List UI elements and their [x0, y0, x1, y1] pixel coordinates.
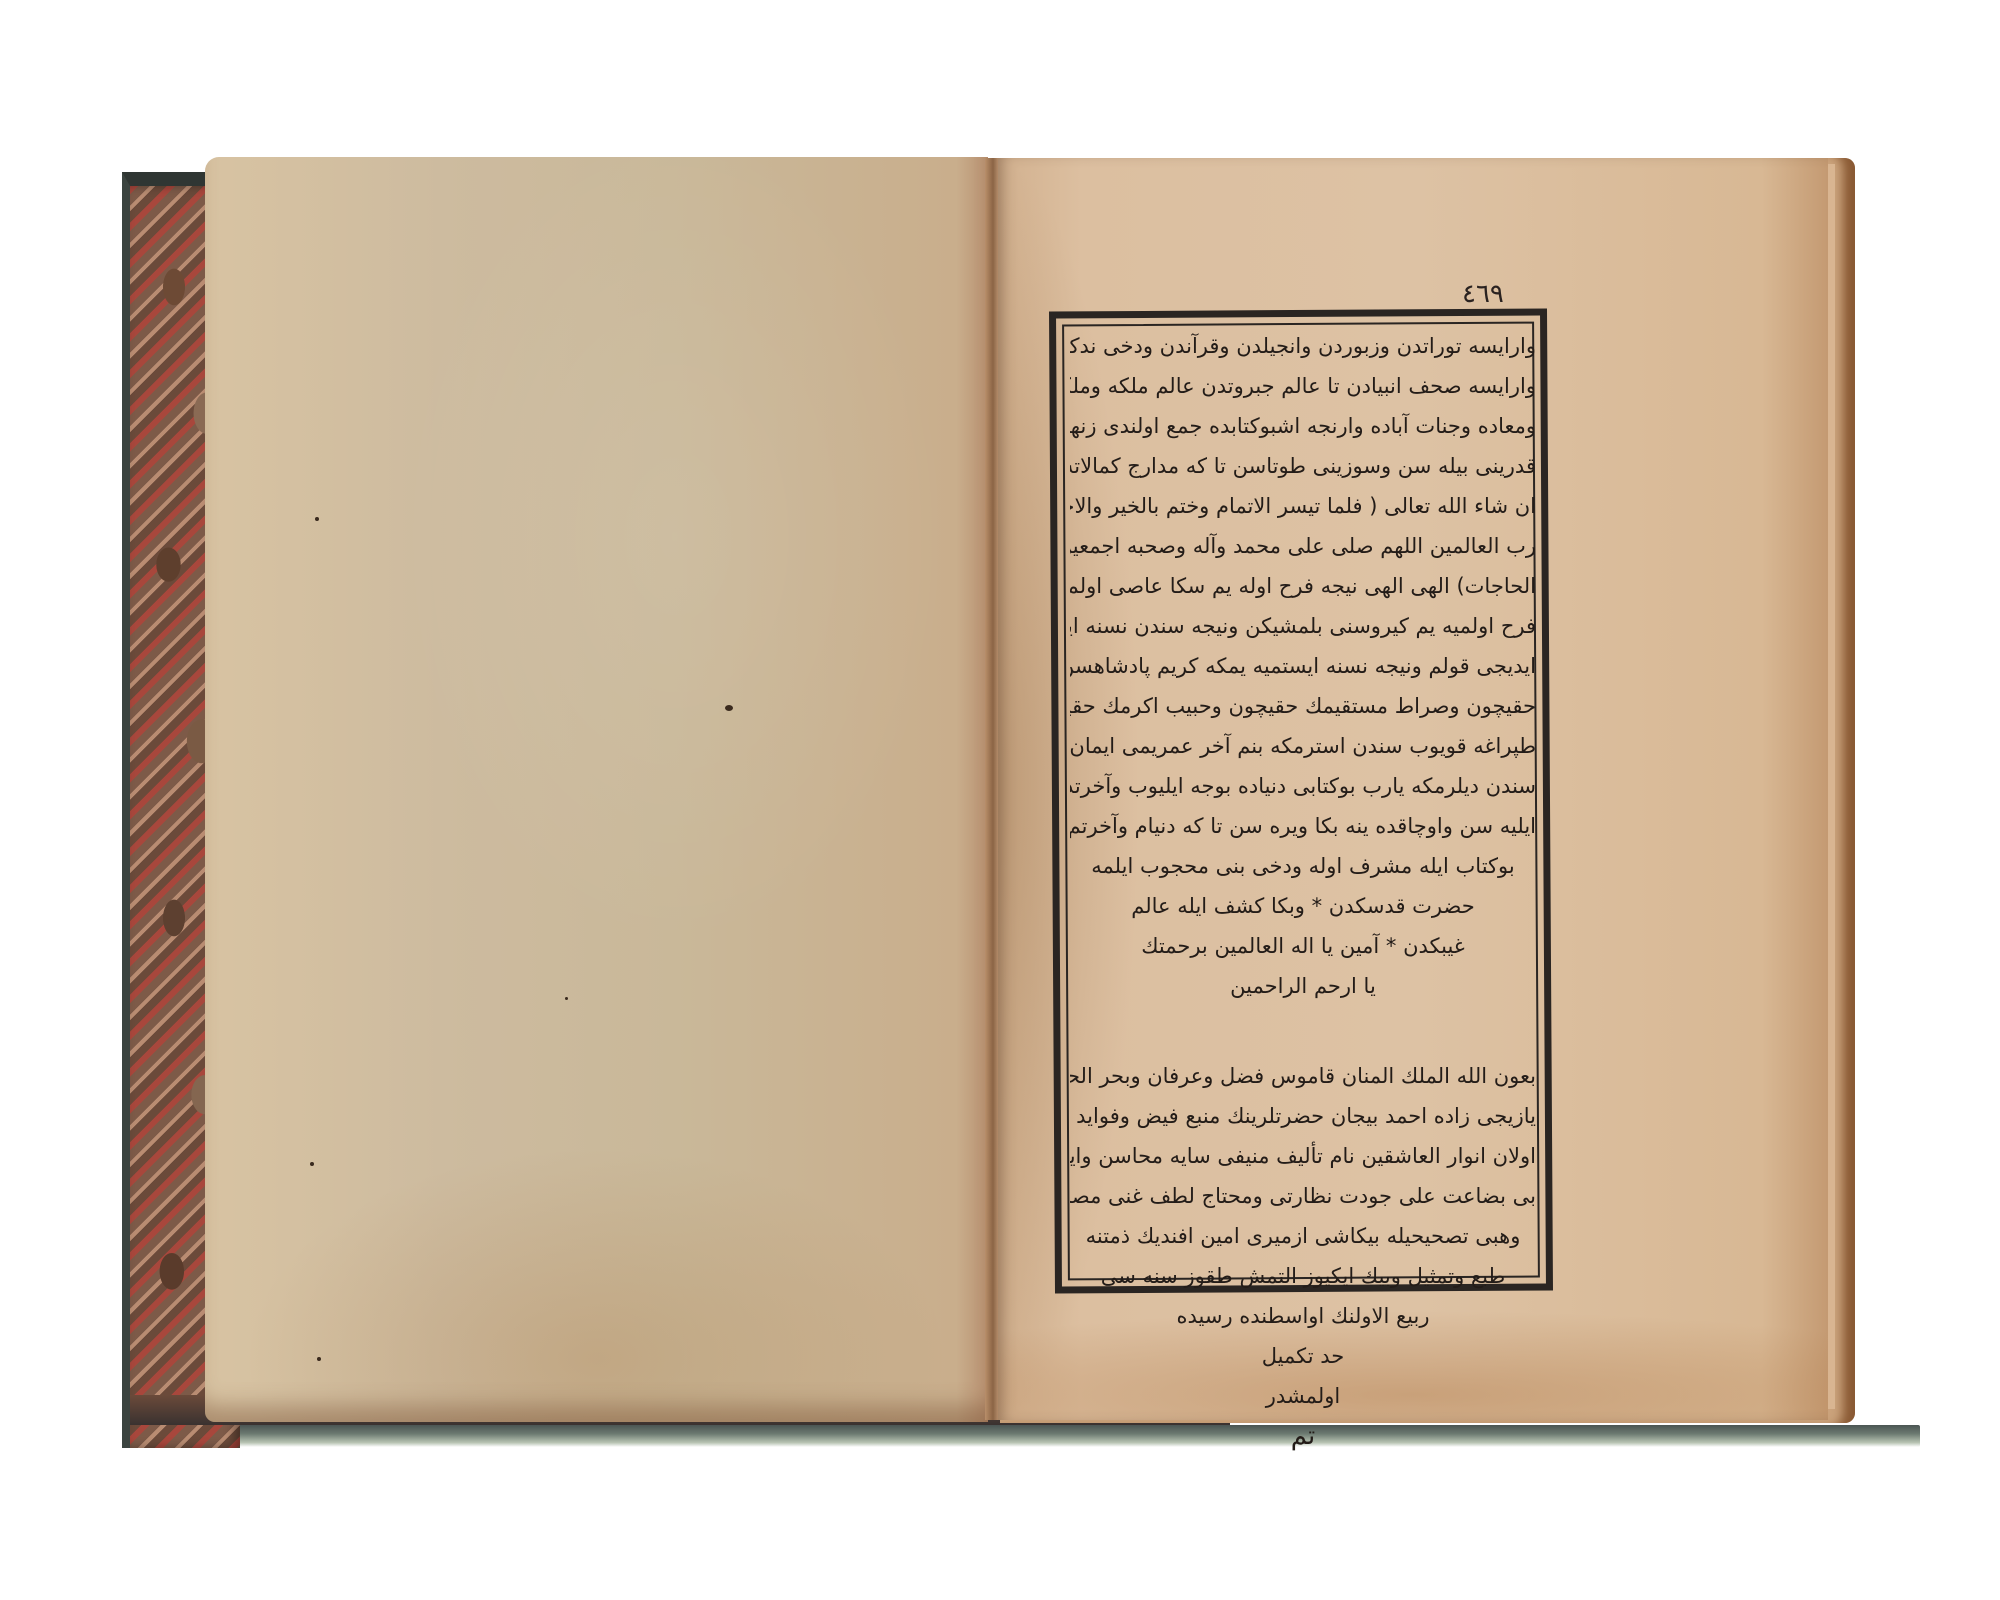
foxing-spot — [315, 517, 319, 521]
page-number: ٤٦٩ — [1462, 279, 1504, 309]
text-line: ايديجى قولم ونيجه نسنه ايستميه يمكه كريم… — [1070, 646, 1536, 686]
text-line: قدرينى بيله سن وسوزينى طوتاسن تا كه مدار… — [1070, 446, 1536, 486]
foxing-spot — [725, 705, 733, 711]
text-line: طپراغه قويوب سندن استرمكه بنم آخر عمريمى… — [1070, 726, 1536, 766]
colophon-line: اولمشدر — [1070, 1376, 1536, 1416]
foxing-spot — [565, 997, 568, 1000]
text-line: غيبكدن * آمين يا اله العالمين برحمتك — [1070, 926, 1536, 966]
text-line: وارايسه صحف انبيادن تا عالم جبروتدن عالم… — [1070, 366, 1536, 406]
text-line: حضرت قدسكدن * وبكا كشف ايله عالم — [1070, 886, 1536, 926]
colophon-line: طبع وتمثيل وبيك ايكيوز التمش طقوز سنه سى — [1070, 1256, 1536, 1296]
text-line: يا ارحم الراحمين — [1070, 966, 1536, 1006]
colophon-line: وهبى تصحيحيله بيكاشى ازميرى امين افنديك … — [1070, 1216, 1536, 1256]
open-book: ٤٦٩ وارايسه توراتدن وزبوردن وانجيلدن وقر… — [0, 0, 2000, 1600]
colophon-line: يازيجى زاده احمد بيجان حضرتلرينك منبع في… — [1070, 1096, 1536, 1136]
foxing-spot — [317, 1357, 321, 1361]
foxing-spot — [310, 1162, 314, 1166]
colophon-line: بى بضاعت على جودت نظارتى ومحتاج لطف غنى … — [1070, 1176, 1536, 1216]
text-line: ايليه سن واوچاقده ينه بكا ويره سن تا كه … — [1070, 806, 1536, 846]
text-line: ومعاده وجنات آباده وارنجه اشبوكتابده جمع… — [1070, 406, 1536, 446]
text-line: رب العالمين اللهم صلى على محمد وآله وصحب… — [1070, 526, 1536, 566]
glass-base — [150, 1425, 1920, 1447]
colophon-line: ربيع الاولنك اواسطنده رسيده — [1070, 1296, 1536, 1336]
text-line: بوكتاب ايله مشرف اوله ودخى بنى محجوب ايل… — [1070, 846, 1536, 886]
text-line: ان شاء الله تعالى ( فلما تيسر الاتمام وخ… — [1070, 486, 1536, 526]
text-line: الحاجات) الهى الهى نيجه فرح اوله يم سكا … — [1070, 566, 1536, 606]
text-line: سندن ديلرمكه يارب بوكتابى دنياده بوجه اي… — [1070, 766, 1536, 806]
section-gap — [1070, 1006, 1536, 1056]
colophon-line: اولان انوار العاشقين نام تأليف منيفى ساي… — [1070, 1136, 1536, 1176]
colophon-line: بعون الله الملك المنان قاموس فضل وعرفان … — [1070, 1056, 1536, 1096]
text-line: فرح اولميه يم كيروسنى بلمشيكن ونيجه سندن… — [1070, 606, 1536, 646]
colophon-text-block: وارايسه توراتدن وزبوردن وانجيلدن وقرآندن… — [1070, 326, 1536, 1456]
end-mark: تم — [1070, 1416, 1536, 1456]
text-line: حقيچون وصراط مستقيمك حقيچون وحبيب اكرمك … — [1070, 686, 1536, 726]
text-line: وارايسه توراتدن وزبوردن وانجيلدن وقرآندن… — [1070, 326, 1536, 366]
colophon-line: حد تكميل — [1070, 1336, 1536, 1376]
left-page-blank — [205, 157, 988, 1422]
